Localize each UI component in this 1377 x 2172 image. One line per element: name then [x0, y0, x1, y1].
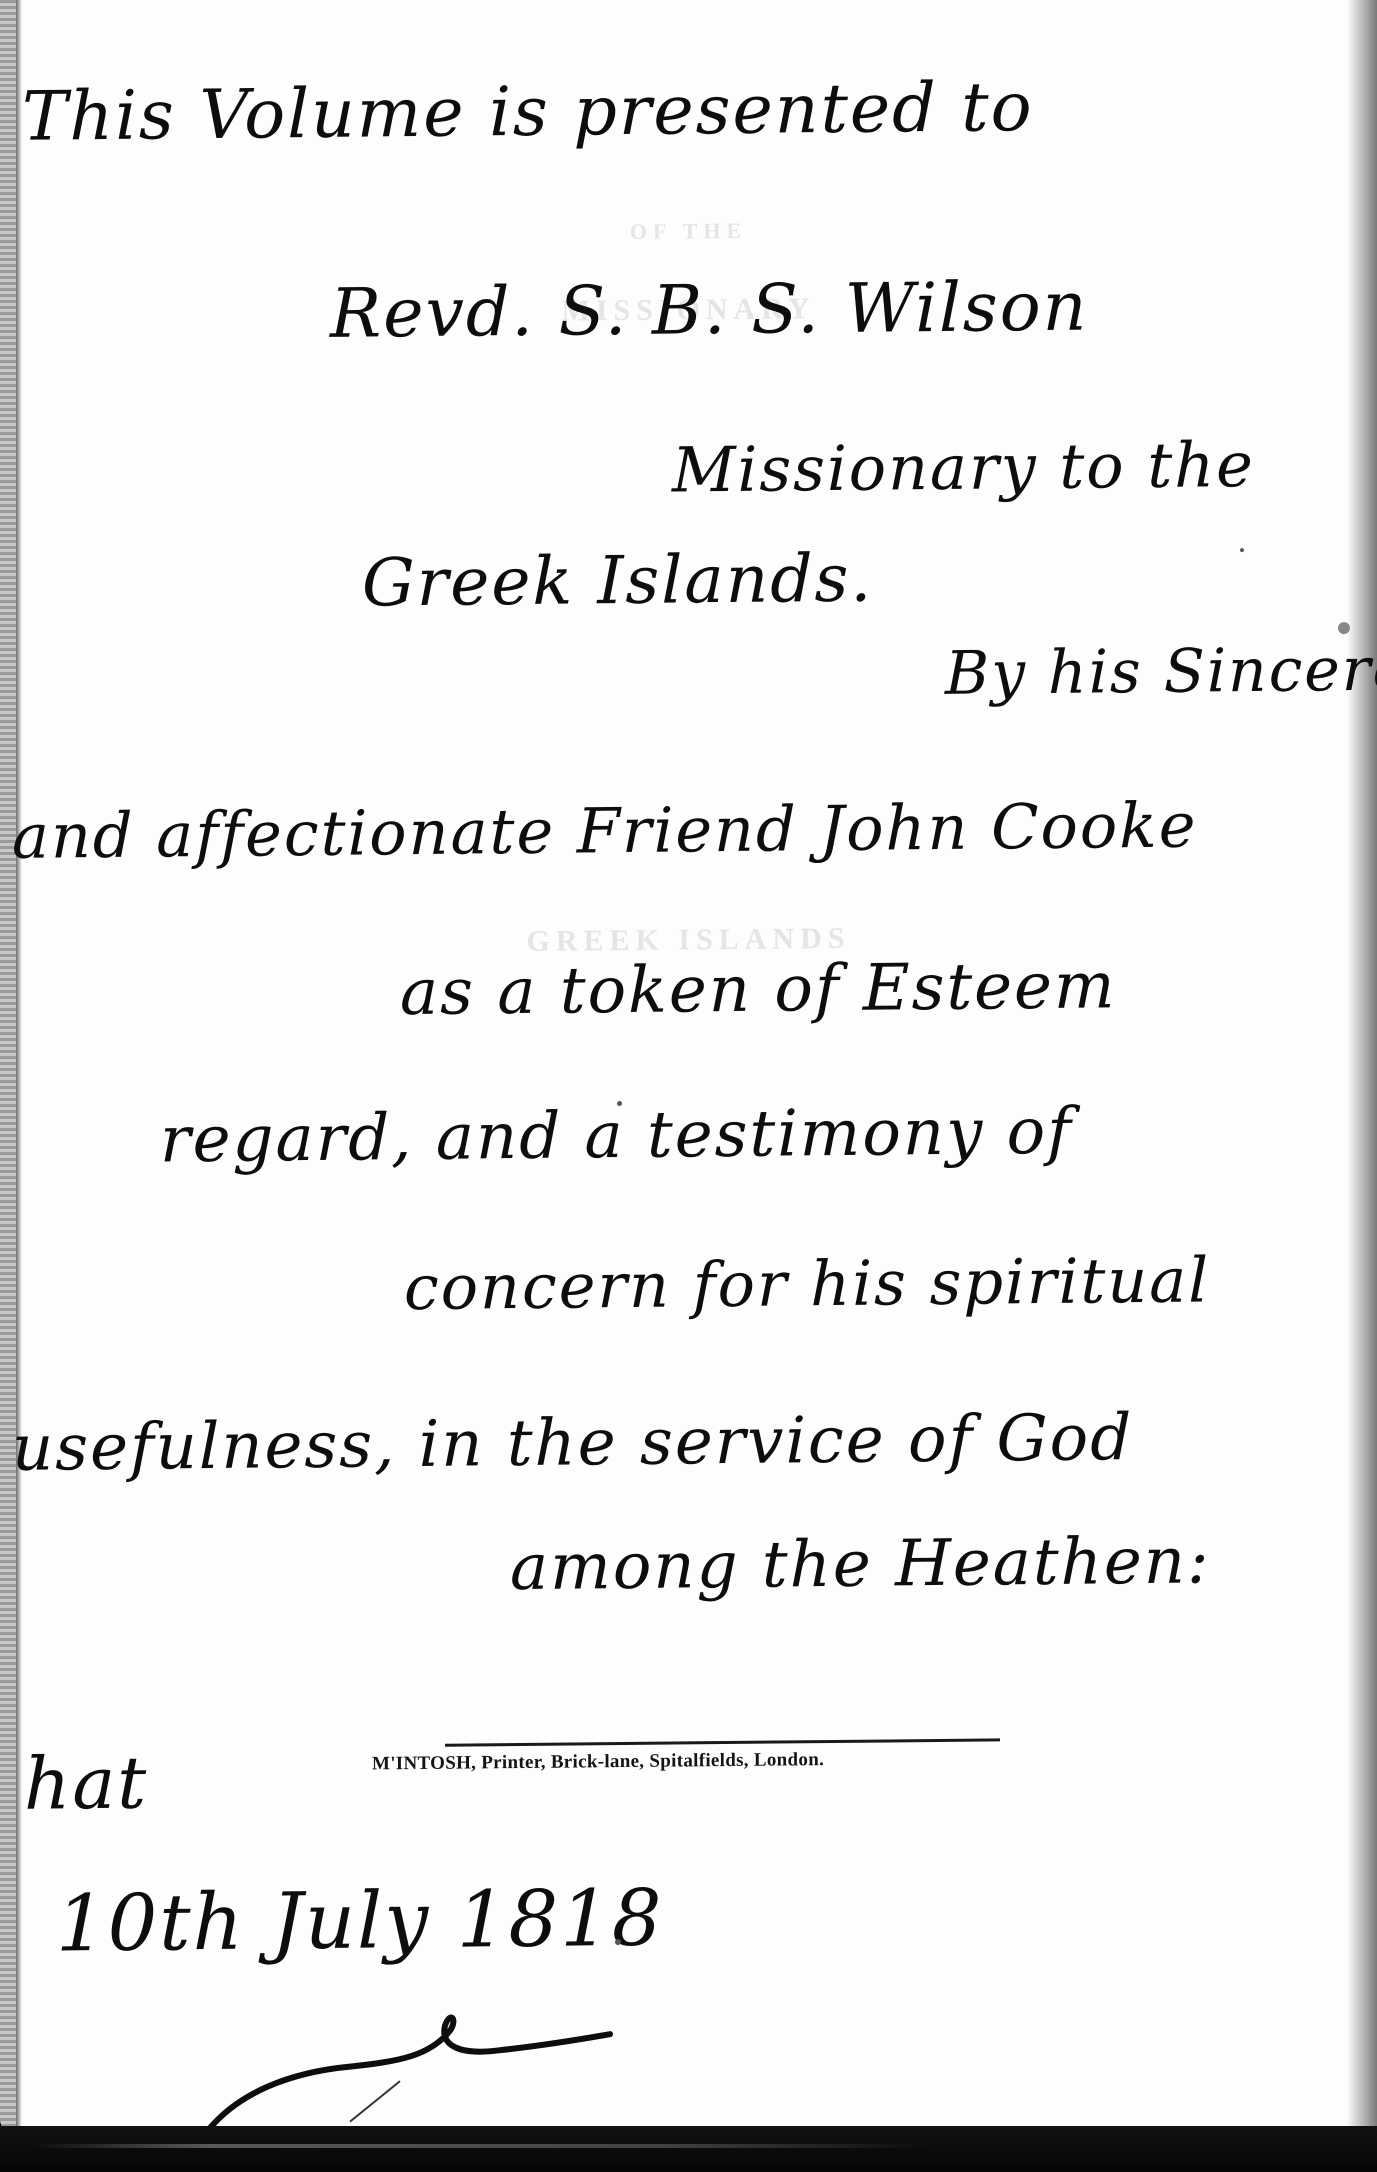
bleed-through-text: OF THE: [0, 212, 1377, 251]
inscription-line: Greek Islands.: [362, 540, 873, 622]
inscription-line: usefulness, in the service of God: [12, 1401, 1133, 1486]
paper-speck: [1240, 548, 1244, 552]
inscription-line: as a token of Esteem: [400, 949, 1117, 1030]
imprint-rule: [445, 1738, 1000, 1746]
inscription-line: Missionary to the: [672, 428, 1255, 507]
inscription-line: regard, and a testimony of: [160, 1095, 1073, 1178]
inscription-date: 10th July 1818: [56, 1874, 663, 1970]
paper-speck: [617, 1101, 622, 1106]
inscription-line: This Volume is presented to: [22, 68, 1034, 157]
printer-imprint: M'INTOSH, Printer, Brick-lane, Spitalfie…: [372, 1749, 824, 1775]
inscription-donor: and affectionate Friend John Cooke: [12, 789, 1197, 873]
inscription-line: among the Heathen:: [510, 1524, 1211, 1605]
document-page: OF THE MISSIONARY GREEK ISLANDS This Vol…: [0, 0, 1377, 2140]
paper-speck: [1338, 622, 1350, 634]
signature-flourish: [200, 2009, 620, 2133]
inscription-recipient: Revd. S. B. S. Wilson: [330, 268, 1088, 354]
inscription-line: By his Sincere: [945, 634, 1377, 708]
book-cover-edge: [0, 2126, 1377, 2172]
paper-speck: [615, 1939, 621, 1945]
inscription-place: hat: [24, 1741, 148, 1826]
inscription-line: concern for his spiritual: [404, 1243, 1210, 1324]
